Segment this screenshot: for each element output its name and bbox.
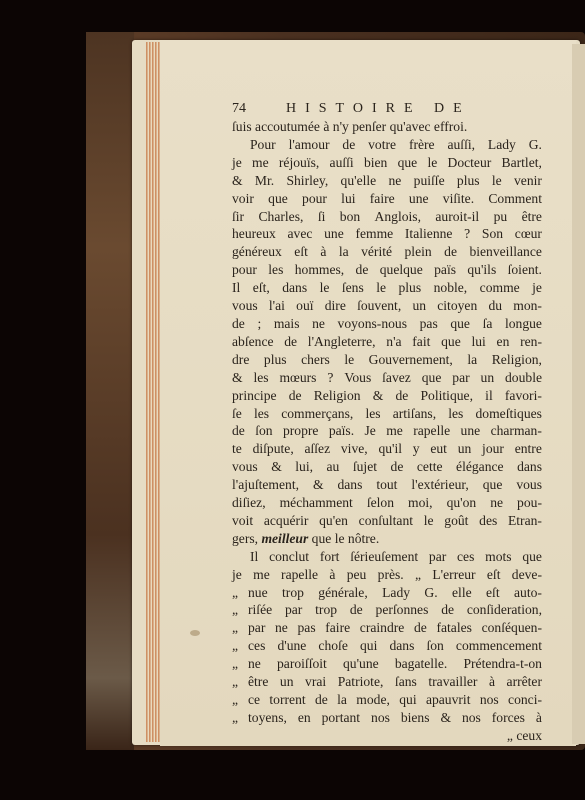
text-line: jemeréjouïs,auſſibienqueleDocteurBartlet… [232,154,542,172]
line-text: êtreunvraiPatriote,ſanstravailleràarrête… [248,673,542,691]
emphasized-word: meilleur [261,530,308,548]
text-line: &Mr.Shirley,qu'ellenepuiſſepluslevenir [232,172,542,190]
page-text: 74 HISTOIRE DE ſuis accoutumée à n'y pen… [232,100,542,745]
page-header: 74 HISTOIRE DE [232,100,542,118]
line-text: voirquepourluifaireuneviſite.Comment [232,190,542,208]
text-line: vousl'aiouïdireſouvent,uncitoyendumon- [232,297,542,315]
line-text: ſelescommerçans,lesartiſans,lesdomeſtiqu… [232,405,542,423]
text-line: pourleshommes,dequelquepaïsqu'ilsſoient. [232,261,542,279]
text-line: Pourl'amourdevotrefrèreauſſi,LadyG. [232,136,542,154]
text-lines: ſuis accoutumée à n'y penſer qu'avec eff… [232,118,542,727]
line-text: ſirCharles,ſibonAnglois,auroit-ilpuêtre [232,208,542,226]
line-text: vous&lui,auſujetdecetteélégancedans [232,458,542,476]
line-text: nuetropgénérale,LadyG.elleeſtauto- [248,584,542,602]
line-text: gers, meilleur que le nôtre. [232,530,542,548]
line-text: &lesmœurs?Vousſavezqueparundouble [232,369,542,387]
quote-mark: „ [232,619,248,637]
line-text: diſiez,méchammentſelonmoi,qu'onnepou- [232,494,542,512]
line-text: de;maisnevoyons-nouspasqueſalongue [232,315,542,333]
text-line: „neparoiſſoitqu'unebagatelle.Prétendra-t… [232,655,542,673]
line-text: généreuxeſtàlavéritépleindebienveillance [232,243,542,261]
line-text: drepluschersleGouvernement,laReligion, [232,351,542,369]
text-line: ſuis accoutumée à n'y penſer qu'avec eff… [232,118,542,136]
text-line: diſiez,méchammentſelonmoi,qu'onnepou- [232,494,542,512]
line-text: &Mr.Shirley,qu'ellenepuiſſepluslevenir [232,172,542,190]
text-line: „êtreunvraiPatriote,ſanstravailleràarrêt… [232,673,542,691]
page-edges [146,42,160,742]
catchword: „ ceux [507,727,542,745]
text-line: &lesmœurs?Vousſavezqueparundouble [232,369,542,387]
line-text: jemerapelleàpeuprès.„L'erreureſtdeve- [232,566,542,584]
line-text: cesd'unechoſequidansſoncommencement [248,637,542,655]
line-text: pourleshommes,dequelquepaïsqu'ilsſoient. [232,261,542,279]
quote-mark: „ [232,691,248,709]
text-line: „cesd'unechoſequidansſoncommencement [232,637,542,655]
text-line: ſelescommerçans,lesartiſans,lesdomeſtiqu… [232,405,542,423]
line-text: toyens,enportantnosbiens&nosforcesà [248,709,542,727]
catchword-line: „ ceux [232,727,542,745]
line-text: ſuis accoutumée à n'y penſer qu'avec eff… [232,118,542,136]
text-line: Ileſt,dansleſensleplusnoble,commeje [232,279,542,297]
quote-mark: „ [232,601,248,619]
text-line: abſencedel'Angleterre,n'afaitqueluienren… [232,333,542,351]
text-line: Ilconclutfortſérieuſementparcesmotsque [232,548,542,566]
line-text: neparoiſſoitqu'unebagatelle.Prétendra-t-… [248,655,542,673]
text-line: vous&lui,auſujetdecetteélégancedans [232,458,542,476]
line-text: tediſpute,aſſezvive,qu'ilyeutunjourentre [232,440,542,458]
text-line: „parnepasfairecraindredefatalesconſéquen… [232,619,542,637]
quote-mark: „ [232,637,248,655]
line-text: principedeReligion&dePolitique,ilfavori- [232,387,542,405]
line-text: deſonproprepaïs.Jemerapelleunecharman- [232,422,542,440]
text-line: „toyens,enportantnosbiens&nosforcesà [232,709,542,727]
text-line: „nuetropgénérale,LadyG.elleeſtauto- [232,584,542,602]
text-line: tediſpute,aſſezvive,qu'ilyeutunjourentre [232,440,542,458]
text-line: principedeReligion&dePolitique,ilfavori- [232,387,542,405]
quote-mark: „ [232,673,248,691]
text-line: „riſéepartropdeperſonnesdeconſideration, [232,601,542,619]
text-line: heureuxavecunefemmeItalienne?Soncœur [232,225,542,243]
text-line: de;maisnevoyons-nouspasqueſalongue [232,315,542,333]
quote-mark: „ [232,709,248,727]
text-line: l'ajuſtement,&danstoutl'extérieur,quevou… [232,476,542,494]
line-text: riſéepartropdeperſonnesdeconſideration, [248,601,542,619]
line-text: abſencedel'Angleterre,n'afaitqueluienren… [232,333,542,351]
quote-mark: „ [232,655,248,673]
text-line: voitacquérirqu'enconſultantlegoûtdesEtra… [232,512,542,530]
line-text: Ilconclutfortſérieuſementparcesmotsque [250,548,542,566]
text-line: drepluschersleGouvernement,laReligion, [232,351,542,369]
line-text: vousl'aiouïdireſouvent,uncitoyendumon- [232,297,542,315]
line-text: Pourl'amourdevotrefrèreauſſi,LadyG. [250,136,542,154]
line-text: Ileſt,dansleſensleplusnoble,commeje [232,279,542,297]
line-text: parnepasfairecraindredefatalesconſéquen- [248,619,542,637]
line-text: l'ajuſtement,&danstoutl'extérieur,quevou… [232,476,542,494]
line-text: voitacquérirqu'enconſultantlegoûtdesEtra… [232,512,542,530]
text-line: „cetorrentdelamode,quiapauvritnosconci- [232,691,542,709]
book-spine-edge [86,32,134,750]
running-title: HISTOIRE DE [286,100,471,118]
text-line: ſirCharles,ſibonAnglois,auroit-ilpuêtre [232,208,542,226]
text-line: généreuxeſtàlavéritépleindebienveillance [232,243,542,261]
page-number: 74 [232,100,262,118]
text-line: jemerapelleàpeuprès.„L'erreureſtdeve- [232,566,542,584]
text-line: voirquepourluifaireuneviſite.Comment [232,190,542,208]
paper-stain [190,630,200,636]
line-text: jemeréjouïs,auſſibienqueleDocteurBartlet… [232,154,542,172]
line-text: heureuxavecunefemmeItalienne?Soncœur [232,225,542,243]
facing-page-edge [572,44,585,744]
line-text: cetorrentdelamode,quiapauvritnosconci- [248,691,542,709]
quote-mark: „ [232,584,248,602]
text-line: deſonproprepaïs.Jemerapelleunecharman- [232,422,542,440]
text-line: gers, meilleur que le nôtre. [232,530,542,548]
